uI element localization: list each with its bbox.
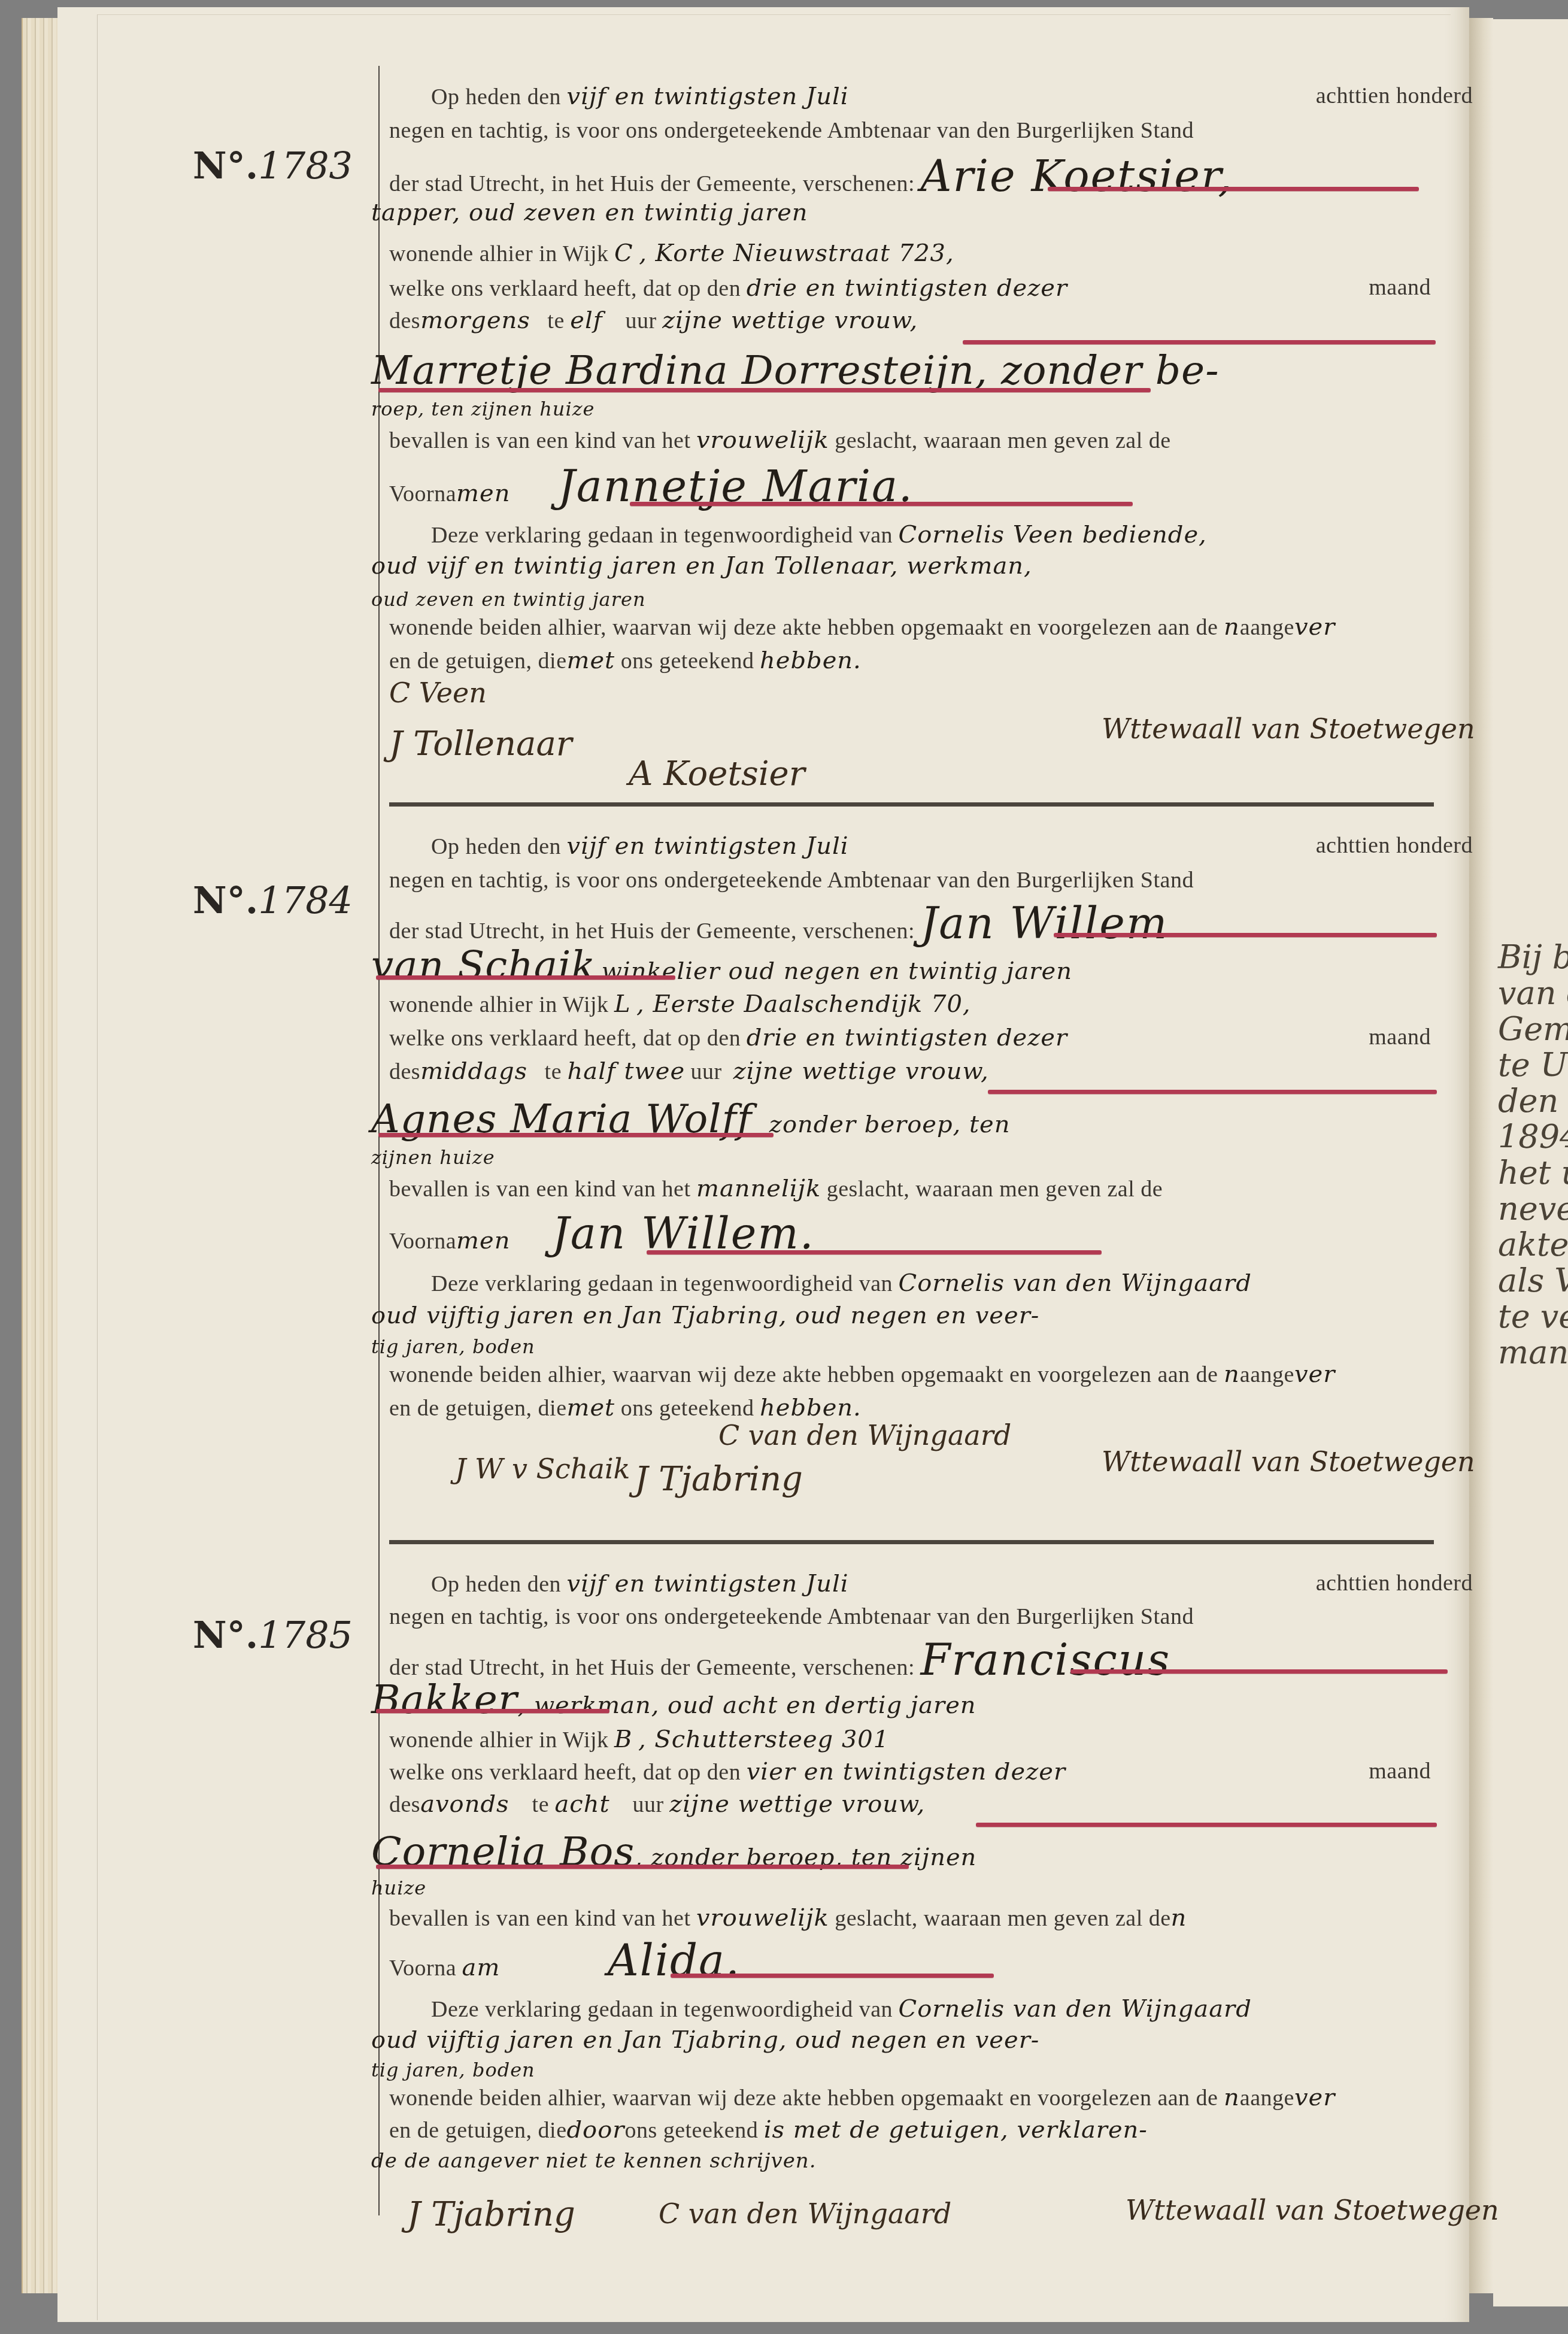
adjacent-line: akte [1498,1229,1568,1261]
red-underline [1054,933,1437,937]
signature-witness-1: C van den Wijngaard [718,1419,1011,1451]
record-line: bevallen is van een kind van het vrouwel… [389,1904,1431,1932]
adjacent-line: als V [1498,1265,1568,1297]
record-line: en de getuigen, diemet ons geteekend heb… [389,1394,1431,1421]
record-line: negen en tachtig, is voor ons ondergetee… [389,117,1431,144]
record-line: wonende alhier in Wijk L , Eerste Daalsc… [389,990,1431,1018]
record-line: Deze verklaring gedaan in tegenwoordighe… [431,521,1473,548]
record-line: Op heden den vijf en twintigsten Juli ac… [431,832,1473,860]
record-line: oud vijftig jaren en Jan Tjabring, oud n… [371,1302,1413,1329]
record-line: welke ons verklaard heeft, dat op den dr… [389,1024,1431,1051]
entry-separator [389,802,1434,807]
signature-witness-2: J Tjabring [635,1460,803,1499]
father-name: Jan Willem [920,898,1168,948]
adjacent-line: mann [1498,1336,1568,1369]
record-line: der stad Utrecht, in het Huis der Gemeen… [389,898,1431,948]
red-underline [963,340,1436,344]
record-line: desmiddags te half twee uur zijne wettig… [389,1057,1431,1085]
red-underline [988,1090,1437,1094]
record-line: welke ons verklaard heeft, dat op den vi… [389,1758,1431,1786]
red-underline [1070,1669,1448,1674]
red-underline [378,388,1151,392]
adjacent-line: Bij b [1498,941,1568,974]
record-line: Op heden den vijf en twintigsten Juli ac… [431,1570,1473,1598]
adjacent-line: 1894 c [1498,1121,1568,1153]
record-line: oud vijf en twintig jaren en Jan Tollena… [371,552,1413,580]
record-line: tig jaren, boden [371,1333,1413,1359]
record-line: oud vijftig jaren en Jan Tjabring, oud n… [371,2026,1413,2054]
signature-father: A Koetsier [629,754,805,793]
record-line: desmorgens te elf uur zijne wettige vrou… [389,307,1431,334]
red-underline [976,1823,1437,1827]
father-surname: van Schaik [371,942,596,989]
record-line: roep, ten zijnen huize [371,395,1413,422]
book-fore-edge [22,18,60,2293]
record-line: en de getuigen, diedoorons geteekend is … [389,2116,1431,2144]
record-line: wonende alhier in Wijk B , Schuttersteeg… [389,1726,1431,1753]
record-line: negen en tachtig, is voor ons ondergetee… [389,1604,1431,1630]
record-line: desavonds te acht uur zijne wettige vrou… [389,1790,1431,1818]
signature-witness-2: J Tollenaar [389,725,572,763]
record-line: wonende alhier in Wijk C , Korte Nieuwst… [389,240,1431,267]
record-line: Bakker, werkman, oud acht en dertig jare… [371,1677,1413,1723]
red-underline [647,1250,1102,1254]
adjacent-line: het u [1498,1157,1568,1189]
red-underline [1048,187,1419,191]
adjacent-line: never [1498,1193,1568,1225]
signature-official: Wttewaall van Stoetwegen [1102,1445,1475,1478]
red-underline [376,1709,609,1713]
red-underline [630,502,1133,506]
signature-father: J W v Schaik [455,1453,630,1485]
adjacent-line: te ver [1498,1301,1568,1333]
record-line: bevallen is van een kind van het vrouwel… [389,426,1431,454]
record-line: oud zeven en twintig jaren [371,586,1413,612]
entry-number: N°.1784 [193,878,353,922]
signature-witness-1: C van den Wijngaard [659,2197,951,2230]
record-line: wonende beiden alhier, waarvan wij deze … [389,1360,1431,1388]
child-name: Alida. [608,1935,741,1986]
signature-witness-2: J Tjabring [407,2195,575,2234]
signature-official: Wttewaall van Stoetwegen [1102,713,1475,745]
entry-separator [389,1540,1434,1544]
adjacent-line: te Utr [1498,1049,1568,1081]
father-name: Arie Koetsier, [920,151,1233,201]
adjacent-page: Bij b van d Gemeen te Utr den 2 1894 c h… [1493,19,1568,2306]
red-underline [376,1865,909,1869]
record-line: Op heden den vijf en twintigsten Juli ac… [431,83,1473,110]
adjacent-line: den 2 [1498,1085,1568,1117]
mother-name: Marretje Bardina Dorresteijn, zonder be- [371,347,1219,393]
record-line: tapper, oud zeven en twintig jaren [371,199,1413,226]
red-underline [376,975,675,980]
record-line: Deze verklaring gedaan in tegenwoordighe… [431,1995,1473,2023]
record-line: Marretje Bardina Dorresteijn, zonder be- [371,347,1413,393]
record-line: bevallen is van een kind van het manneli… [389,1175,1431,1202]
record-line: wonende beiden alhier, waarvan wij deze … [389,613,1431,641]
book-gutter [1469,18,1493,2293]
record-line: Voorna am Alida. [389,1935,1431,1986]
record-line: zijnen huize [371,1144,1413,1170]
record-line: Deze verklaring gedaan in tegenwoordighe… [431,1269,1473,1297]
record-line: der stad Utrecht, in het Huis der Gemeen… [389,151,1431,201]
record-line: de de aangever niet te kennen schrijven. [371,2147,1413,2174]
entry-number: N°.1783 [193,144,353,187]
red-underline [671,1974,994,1978]
entry-number: N°.1785 [193,1613,353,1657]
record-line: negen en tachtig, is voor ons ondergetee… [389,867,1431,893]
record-line: huize [371,1874,1413,1900]
signature-official: Wttewaall van Stoetwegen [1126,2194,1499,2226]
record-line: tig jaren, boden [371,2056,1413,2083]
record-line: en de getuigen, diemet ons geteekend heb… [389,647,1431,674]
signature-witness-1: C Veen [389,677,487,709]
record-line: wonende beiden alhier, waarvan wij deze … [389,2084,1431,2111]
record-line: van Schaik winkelier oud negen en twinti… [371,942,1413,989]
adjacent-line: van d [1498,977,1568,1010]
red-underline [378,1133,774,1137]
record-line: welke ons verklaard heeft, dat op den dr… [389,274,1431,302]
father-surname: Bakker [371,1677,517,1723]
adjacent-line: Gemeen [1498,1013,1568,1045]
